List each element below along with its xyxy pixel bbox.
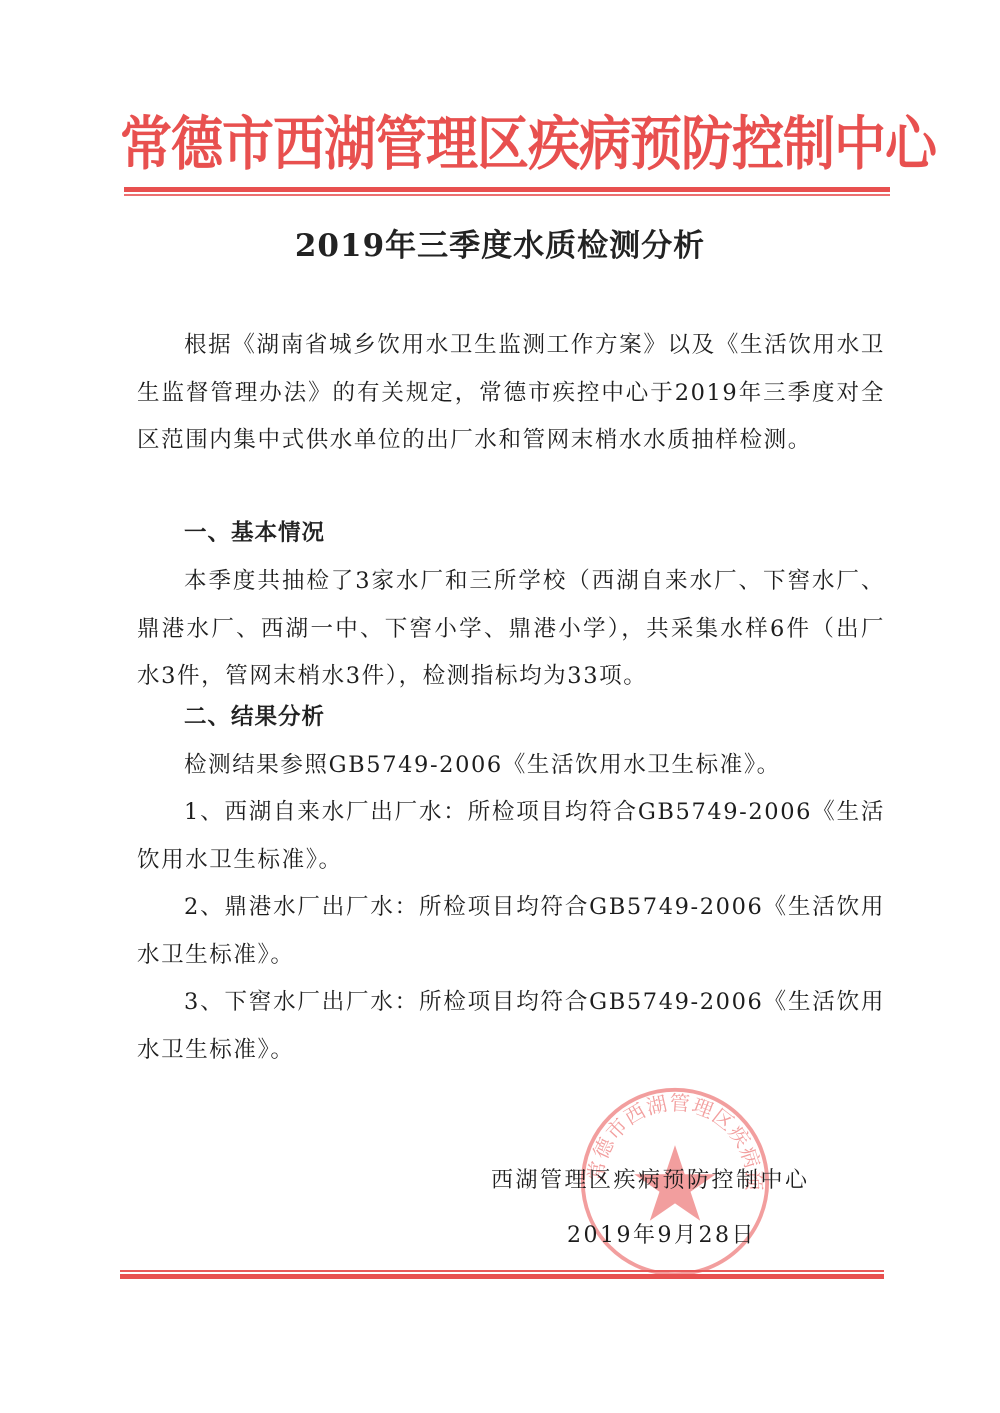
intro-paragraph: 根据《湖南省城乡饮用水卫生监测工作方案》以及《生活饮用水卫生监督管理办法》的有关…	[137, 322, 885, 465]
document-title: 2019年三季度水质检测分析	[0, 218, 1000, 274]
letterhead-title: 常德市西湖管理区疾病预防控制中心	[120, 100, 890, 190]
section-basic-paragraph: 本季度共抽检了3家水厂和三所学校（西湖自来水厂、下窖水厂、鼎港水厂、西湖一中、下…	[137, 558, 885, 701]
footer-divider	[120, 1270, 884, 1279]
signature-date: 2019年9月28日	[567, 1218, 756, 1249]
results-paragraph-xiajiao: 3、下窖水厂出厂水：所检项目均符合GB5749-2006《生活饮用水卫生标准》。	[137, 979, 885, 1074]
section-heading-results: 二、结果分析	[184, 694, 325, 741]
results-paragraph-xihu: 1、西湖自来水厂出厂水：所检项目均符合GB5749-2006《生活饮用水卫生标准…	[137, 789, 885, 884]
results-paragraph-reference: 检测结果参照GB5749-2006《生活饮用水卫生标准》。	[137, 742, 885, 790]
section-heading-basic: 一、基本情况	[184, 510, 325, 557]
letterhead-divider	[124, 187, 890, 196]
results-paragraph-dinggang: 2、鼎港水厂出厂水：所检项目均符合GB5749-2006《生活饮用水卫生标准》。	[137, 884, 885, 979]
signature-organization: 西湖管理区疾病预防控制中心	[491, 1163, 810, 1194]
